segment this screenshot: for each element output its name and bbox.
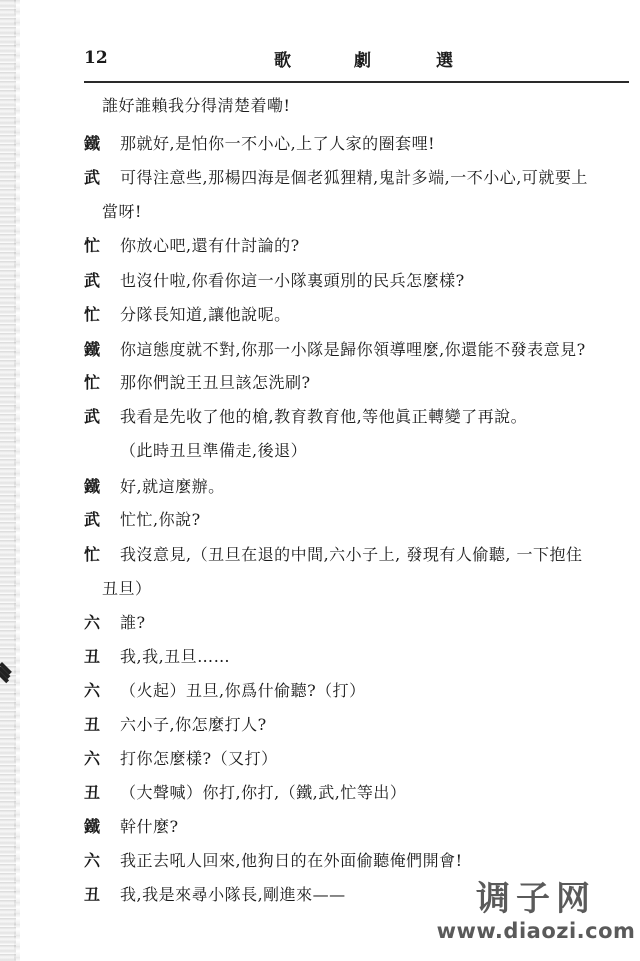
speaker-label: 六 [84, 680, 100, 702]
running-title-char: 選 [436, 46, 453, 71]
script-line: 那就好,是怕你一不小心,上了人家的圈套哩! [120, 133, 435, 155]
speaker-label: 鐵 [84, 816, 100, 838]
speaker-label: 六 [84, 850, 100, 872]
script-line: 分隊長知道,讓他說呢。 [120, 304, 291, 326]
speaker-label: 鐵 [84, 133, 100, 155]
page-number: 12 [84, 48, 108, 68]
script-line: 你放心吧,還有什討論的? [120, 235, 300, 257]
speaker-label: 武 [84, 270, 100, 292]
speaker-label: 丑 [84, 714, 100, 736]
speaker-label: 忙 [84, 544, 100, 566]
script-line: 我正去吼人回來,他狗日的在外面偷聽俺們開會! [120, 850, 463, 872]
script-line: 好,就這麼辦。 [120, 476, 225, 498]
watermark-url: www.diaozi.com [436, 918, 636, 944]
speaker-label: 武 [84, 406, 100, 428]
speaker-label: 鐵 [84, 476, 100, 498]
script-line-continuation: 當呀! [102, 201, 142, 223]
speaker-label: 丑 [84, 884, 100, 906]
script-line: 幹什麼? [120, 816, 179, 838]
script-line: 那你們說王丑旦該怎洗刷? [120, 372, 311, 394]
script-line: （大聲喊）你打,你打,（鐵,武,忙等出） [120, 782, 406, 804]
speaker-label: 六 [84, 612, 100, 634]
header-rule [84, 81, 629, 83]
script-line: 也沒什啦,你看你這一小隊裏頭別的民兵怎麼樣? [120, 270, 465, 292]
page-header: 12 歌 劇 選 [84, 44, 629, 74]
watermark-title: 调子网 [436, 880, 636, 918]
speaker-label: 六 [84, 748, 100, 770]
script-line: 打你怎麼樣?（又打） [120, 748, 278, 770]
speaker-label: 武 [84, 509, 100, 531]
script-line: 誰? [120, 612, 146, 634]
script-line: 六小子,你怎麼打人? [120, 714, 267, 736]
running-title-char: 歌 [274, 46, 291, 71]
running-title-char: 劇 [354, 46, 371, 71]
speaker-label: 丑 [84, 782, 100, 804]
speaker-label: 武 [84, 167, 100, 189]
speaker-label: 忙 [84, 235, 100, 257]
script-line: 我,我,丑旦…… [120, 646, 230, 668]
speaker-label: 丑 [84, 646, 100, 668]
stage-direction: （此時丑旦準備走,後退） [120, 440, 307, 462]
speaker-label: 忙 [84, 304, 100, 326]
script-line: 你這態度就不對,你那一小隊是歸你領導哩麼,你還能不發表意見? [120, 339, 586, 361]
speaker-label: 鐵 [84, 339, 100, 361]
script-line-continuation: 丑旦） [102, 578, 152, 600]
script-line-continuation: 誰好誰賴我分得淸楚着嘞! [102, 95, 290, 117]
script-line: 我沒意見,（丑旦在退的中間,六小子上, 發現有人偷聽, 一下抱住 [120, 544, 583, 566]
script-line: 我,我是來尋小隊長,剛進來—— [120, 884, 346, 906]
script-line: 可得注意些,那楊四海是個老狐狸精,鬼計多端,一不小心,可就要上 [120, 167, 588, 189]
script-line: （火起）丑旦,你爲什偷聽?（打） [120, 680, 366, 702]
scan-edge-artifact-inner [14, 0, 20, 961]
site-watermark: 调子网 www.diaozi.com [436, 880, 636, 944]
script-line: 我看是先收了他的槍,教育教育他,等他眞正轉變了再說。 [120, 406, 527, 428]
speaker-label: 忙 [84, 372, 100, 394]
script-line: 忙忙,你說? [120, 509, 201, 531]
